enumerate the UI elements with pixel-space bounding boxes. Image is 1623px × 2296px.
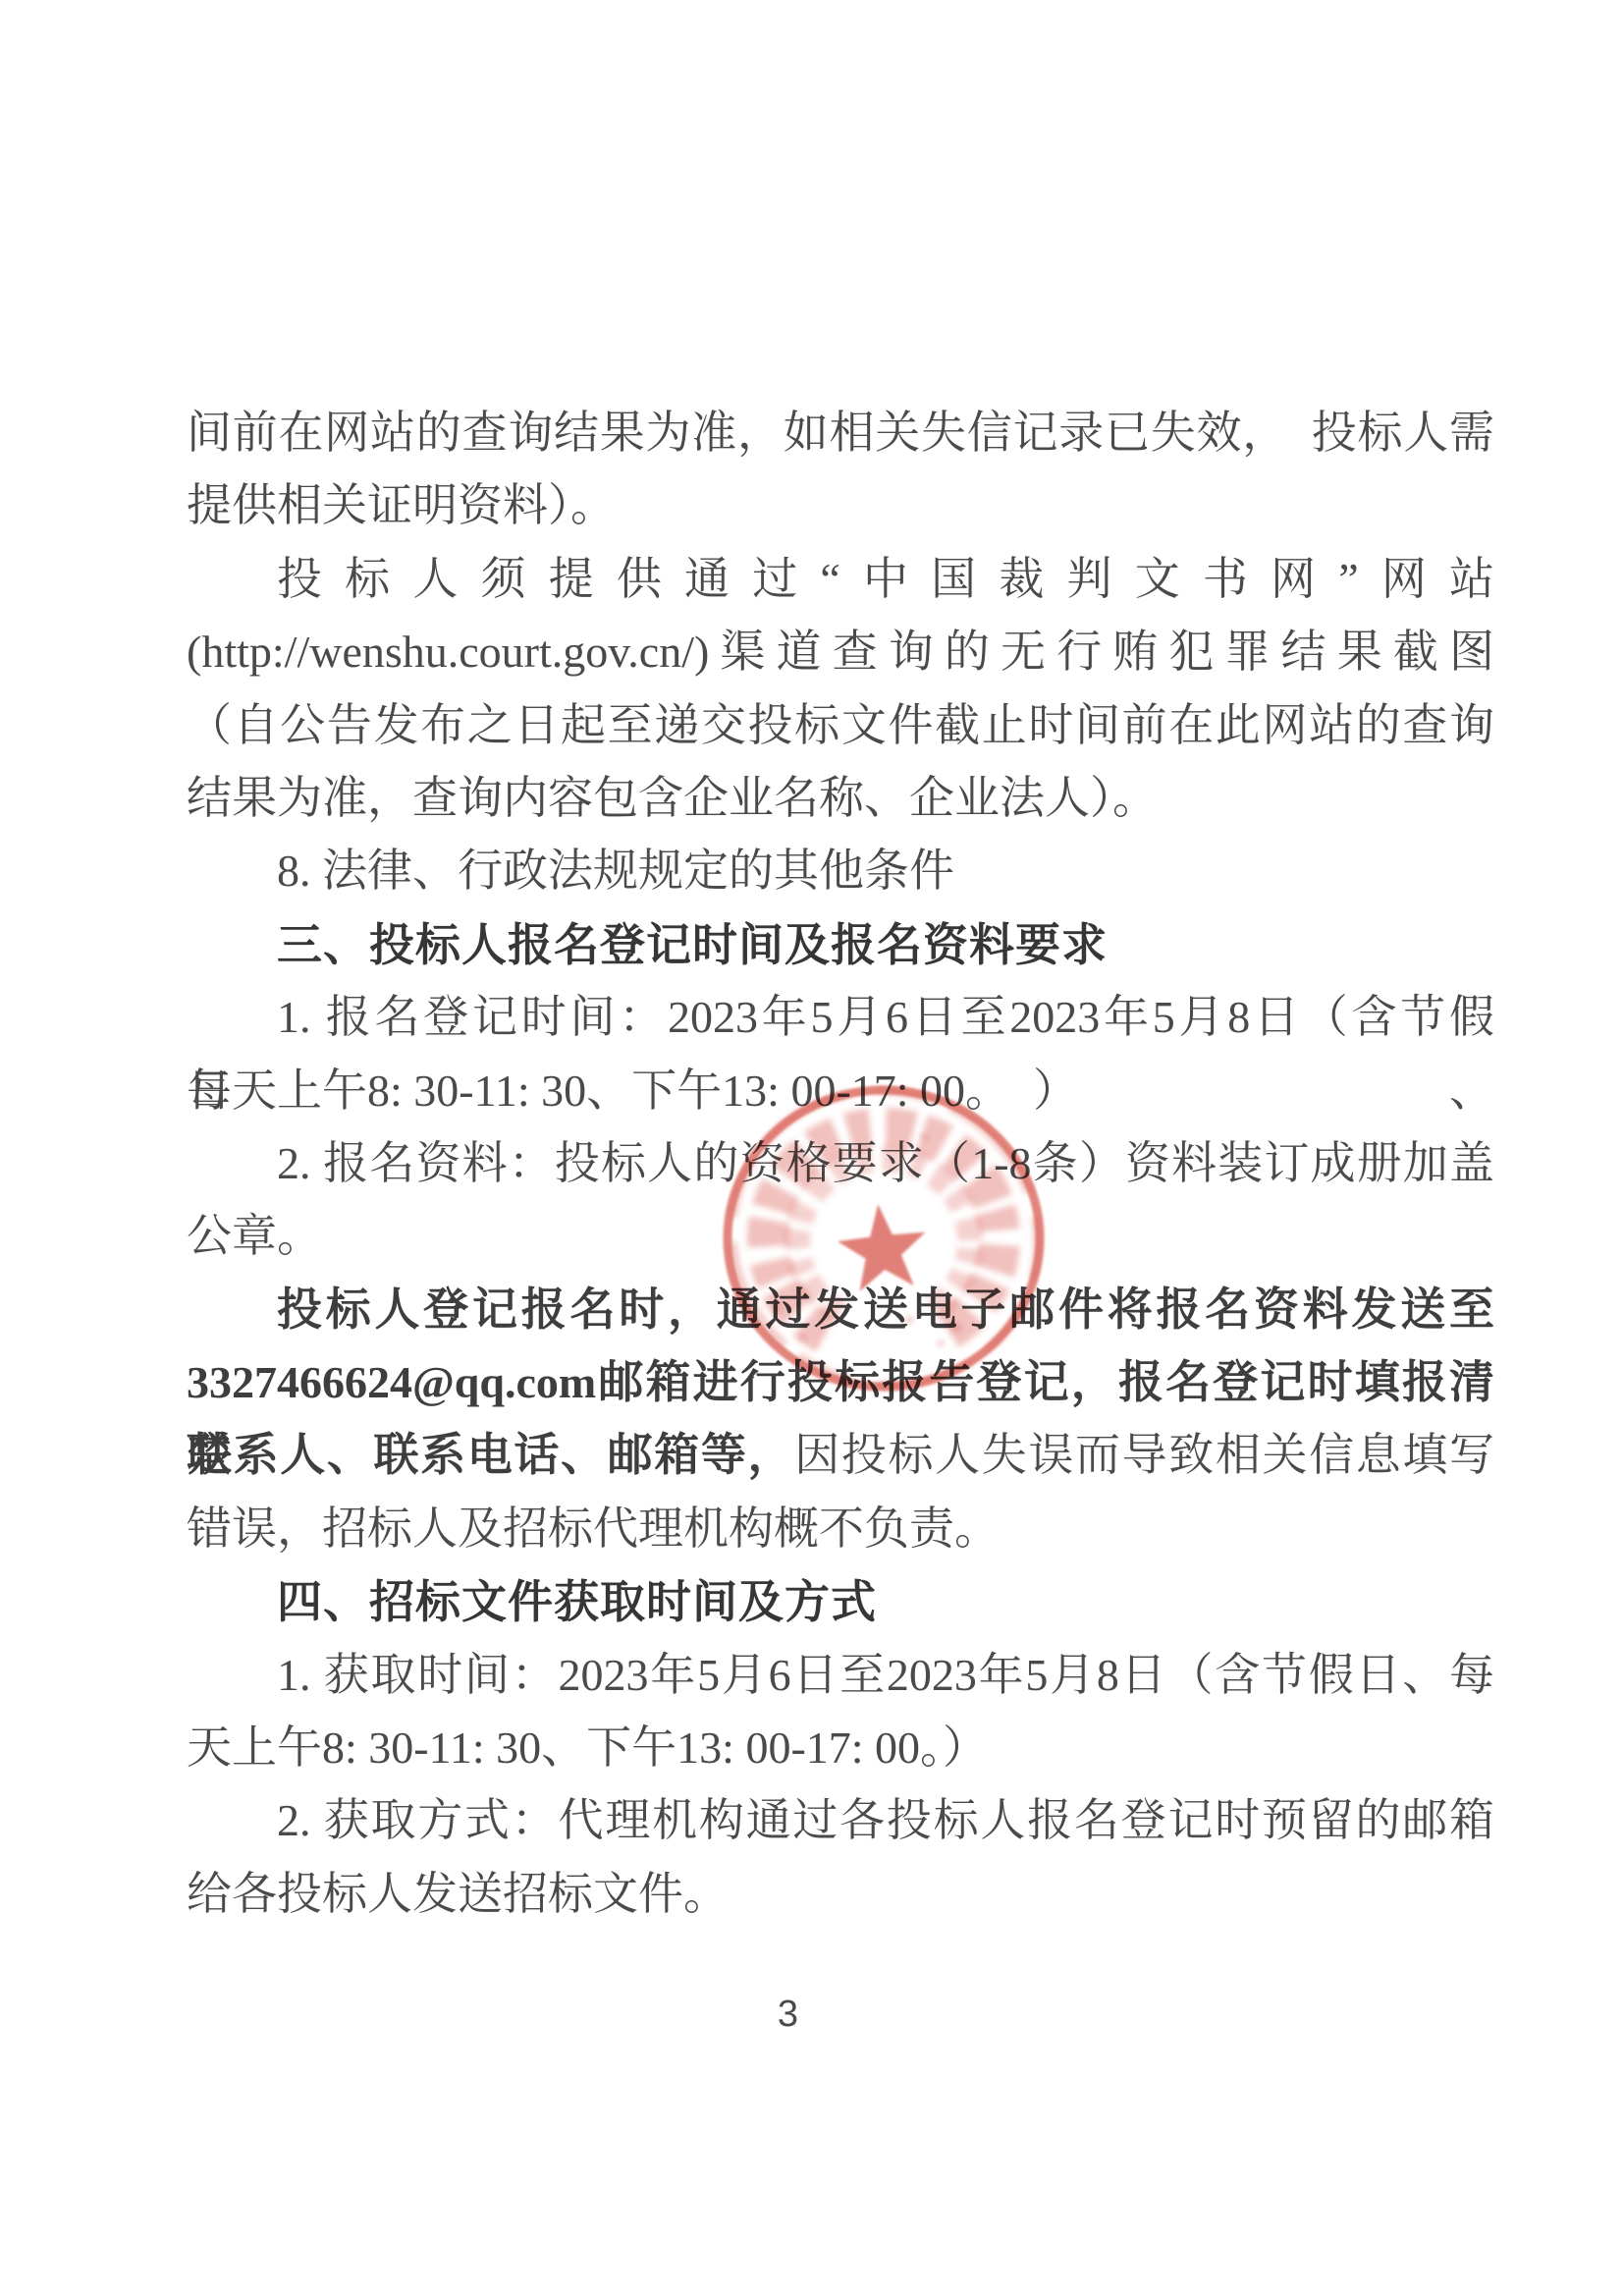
doc-line: 2. 获取方式：代理机构通过各投标人报名登记时预留的邮箱 [187, 1784, 1494, 1857]
doc-line: 2. 报名资料：投标人的资格要求（1-8条）资料装订成册加盖 [187, 1127, 1494, 1200]
doc-line: （自公告发布之日起至递交投标文件截止时间前在此网站的查询 [187, 689, 1494, 762]
doc-line: 结果为准，查询内容包含企业名称、企业法人）。 [187, 762, 1494, 835]
doc-line: 1. 获取时间：2023年5月6日至2023年5月8日（含节假日、每 [187, 1639, 1494, 1712]
document-body: 间前在网站的查询结果为准，如相关失信记录已失效， 投标人需 提供相关证明资料）。… [187, 397, 1494, 1931]
doc-line-emphasis: 3327466624@qq.com邮箱进行投标报告登记，报名登记时填报清楚 [187, 1346, 1494, 1419]
section-heading-4: 四、招标文件获取时间及方式 [187, 1565, 1494, 1638]
doc-line: 8. 法律、行政法规规定的其他条件 [187, 835, 1494, 907]
doc-line: 联系人、联系电话、邮箱等，因投标人失误而导致相关信息填写 [187, 1419, 1494, 1492]
section-heading-3: 三、投标人报名登记时间及报名资料要求 [187, 908, 1494, 981]
page-number: 3 [0, 1994, 1599, 2036]
document-page: 间前在网站的查询结果为准，如相关失信记录已失效， 投标人需 提供相关证明资料）。… [0, 0, 1623, 2296]
doc-line: 投标人须提供通过“中国裁判文书网”网站 [187, 543, 1494, 616]
doc-line-emphasis: 投标人登记报名时，通过发送电子邮件将报名资料发送至 [187, 1274, 1494, 1346]
doc-line: 天上午8: 30-11: 30、下午13: 00-17: 00。） [187, 1712, 1494, 1784]
doc-line: 错误，招标人及招标代理机构概不负责。 [187, 1493, 1494, 1565]
doc-line: 公章。 [187, 1200, 1494, 1273]
doc-line: 间前在网站的查询结果为准，如相关失信记录已失效， 投标人需 [187, 397, 1494, 469]
doc-line-normal: 因投标人失误而导致相关信息填写 [794, 1430, 1494, 1480]
doc-line: (http://wenshu.court.gov.cn/)渠道查询的无行贿犯罪结… [187, 616, 1494, 688]
doc-line-emphasis: 联系人、联系电话、邮箱等， [187, 1430, 794, 1480]
doc-line: 提供相关证明资料）。 [187, 469, 1494, 542]
doc-line: 1. 报名登记时间：2023年5月6日至2023年5月8日（含节假日、 [187, 981, 1494, 1054]
doc-line: 给各投标人发送招标文件。 [187, 1858, 1494, 1931]
